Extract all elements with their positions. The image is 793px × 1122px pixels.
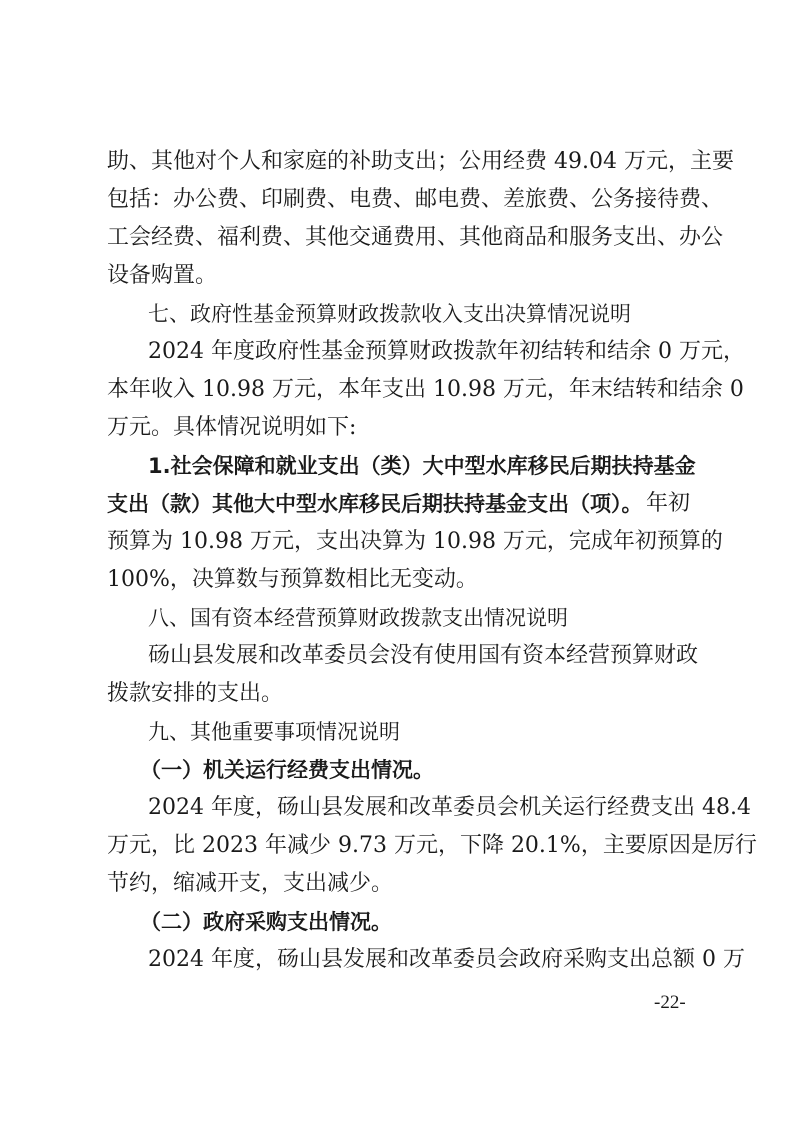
paragraph-line: 本年收入 10.98 万元，本年支出 10.98 万元，年末结转和结余 0 — [107, 375, 690, 405]
paragraph-line: 万元。具体情况说明如下: — [107, 413, 690, 443]
paragraph-line: 节约，缩减开支，支出减少。 — [107, 869, 690, 899]
paragraph-line: 2024 年度政府性基金预算财政拨款年初结转和结余 0 万元， — [148, 337, 690, 367]
paragraph-line: 万元，比 2023 年减少 9.73 万元，下降 20.1%，主要原因是厉行 — [107, 831, 690, 861]
subsection-heading-2: （二）政府采购支出情况。 — [140, 907, 682, 937]
page-number: -22- — [654, 992, 686, 1014]
section-heading-8: 八、国有资本经营预算财政拨款支出情况说明 — [148, 603, 690, 633]
paragraph-line: 工会经费、福利费、其他交通费用、其他商品和服务支出、办公 — [107, 223, 690, 253]
paragraph-line: 助、其他对个人和家庭的补助支出；公用经费 49.04 万元，主要 — [107, 147, 690, 177]
paragraph-line: 2024 年度，砀山县发展和改革委员会政府采购支出总额 0 万 — [148, 945, 690, 975]
item-title-bold: 支出（款）其他大中型水库移民后期扶持基金支出（项）。 — [107, 492, 643, 516]
paragraph-line: 包括：办公费、印刷费、电费、邮电费、差旅费、公务接待费、 — [107, 185, 690, 215]
paragraph-line: 100%，决算数与预算数相比无变动。 — [107, 565, 690, 595]
section-heading-9: 九、其他重要事项情况说明 — [148, 717, 690, 747]
paragraph-line: 拨款安排的支出。 — [107, 679, 690, 709]
subsection-heading-1: （一）机关运行经费支出情况。 — [140, 755, 682, 785]
paragraph-line: 2024 年度，砀山县发展和改革委员会机关运行经费支出 48.4 — [148, 793, 690, 823]
paragraph-line: 砀山县发展和改革委员会没有使用国有资本经营预算财政 — [148, 641, 690, 671]
item-title-line-2: 支出（款）其他大中型水库移民后期扶持基金支出（项）。年初 — [107, 489, 690, 519]
paragraph-line: 预算为 10.98 万元，支出决算为 10.98 万元，完成年初预算的 — [107, 527, 690, 557]
item-title-line: 1.社会保障和就业支出（类）大中型水库移民后期扶持基金 — [148, 451, 690, 481]
item-text: 年初 — [646, 489, 690, 519]
paragraph-line: 设备购置。 — [107, 261, 690, 291]
section-heading-7: 七、政府性基金预算财政拨款收入支出决算情况说明 — [148, 299, 690, 329]
document-page: 助、其他对个人和家庭的补助支出；公用经费 49.04 万元，主要 包括：办公费、… — [0, 0, 793, 1122]
